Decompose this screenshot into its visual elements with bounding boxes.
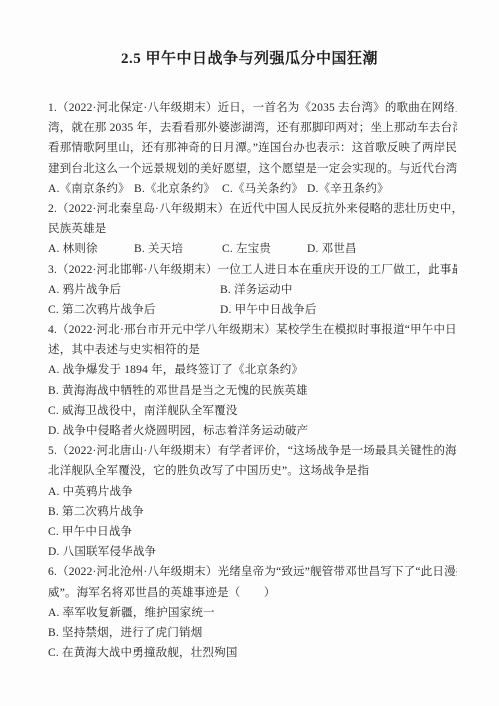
question-1-option-c: C.《马关条约》	[222, 179, 307, 199]
question-3-option-row-2: C. 第二次鸦片战争后 D. 甲午中日战争后	[48, 300, 457, 320]
question-1-option-b: B.《北京条约》	[134, 179, 222, 199]
page-title: 2.5 甲午中日战争与列强瓜分中国狂潮	[0, 48, 499, 70]
question-6-option-b: B. 坚持禁烟，进行了虎门销烟	[48, 623, 457, 643]
question-1-stem-line-1: 1.（2022·河北保定·八年级期末）近日，一首名为《2035 去台湾》的歌曲在…	[48, 98, 457, 118]
question-1: 1.（2022·河北保定·八年级期末）近日，一首名为《2035 去台湾》的歌曲在…	[48, 98, 457, 199]
question-1-stem-line-4: 建到台北这么一个远景规划的美好愿望，这个愿望是一定会实现的。与近代台湾被割让有关…	[48, 159, 457, 179]
question-5-stem-line-2: 北洋舰队全军覆没，它的胜负改写了中国历史”。这场战争是指	[48, 461, 457, 481]
question-6-stem-line-2: 威”。海军名将邓世昌的英雄事迹是（ ）	[48, 583, 457, 603]
exam-document-page: 2.5 甲午中日战争与列强瓜分中国狂潮 1.（2022·河北保定·八年级期末）近…	[0, 0, 499, 706]
question-2-option-d: D. 邓世昌	[307, 239, 457, 259]
question-1-option-row: A.《南京条约》 B.《北京条约》 C.《马关条约》 D.《辛丑条约》	[48, 179, 457, 199]
question-6: 6.（2022·河北沧州·八年级期末）光绪皇帝为“致远”舰管带邓世昌写下了“此日…	[48, 562, 457, 663]
question-2-stem-line-1: 2.（2022·河北秦皇岛·八年级期末）在近代中国人民反抗外来侵略的悲壮历史中，…	[48, 199, 457, 219]
question-6-option-a: A. 率军收复新疆，维护国家统一	[48, 603, 457, 623]
question-3-option-a: A. 鸦片战争后	[48, 280, 220, 300]
question-4-stem-line-1: 4.（2022·河北·邢台市开元中学八年级期末）某校学生在模拟时事报道“甲午中日…	[48, 320, 457, 340]
question-6-stem-line-1: 6.（2022·河北沧州·八年级期末）光绪皇帝为“致远”舰管带邓世昌写下了“此日…	[48, 562, 457, 582]
question-5: 5.（2022·河北唐山·八年级期末）有学者评价，“这场战争是一场最具关键性的海…	[48, 441, 457, 562]
question-2: 2.（2022·河北秦皇岛·八年级期末）在近代中国人民反抗外来侵略的悲壮历史中，…	[48, 199, 457, 260]
question-5-option-a: A. 中英鸦片战争	[48, 482, 457, 502]
question-3-option-b: B. 洋务运动中	[220, 280, 457, 300]
question-3: 3.（2022·河北邯郸·八年级期末）一位工人进日本在重庆开设的工厂做工，此事最…	[48, 260, 457, 321]
question-5-stem-line-1: 5.（2022·河北唐山·八年级期末）有学者评价，“这场战争是一场最具关键性的海…	[48, 441, 457, 461]
question-4-stem-line-2: 述，其中表述与史实相符的是	[48, 340, 457, 360]
question-5-option-d: D. 八国联军侵华战争	[48, 542, 457, 562]
question-4-option-d: D. 战争中侵略者火烧圆明园，标志着洋务运动破产	[48, 421, 457, 441]
question-list: 1.（2022·河北保定·八年级期末）近日，一首名为《2035 去台湾》的歌曲在…	[48, 98, 457, 663]
question-2-stem-line-2: 民族英雄是	[48, 219, 457, 239]
question-1-option-d: D.《辛丑条约》	[307, 179, 457, 199]
question-2-option-row: A. 林则徐 B. 关天培 C. 左宝贵 D. 邓世昌	[48, 239, 457, 259]
question-1-option-a: A.《南京条约》	[48, 179, 134, 199]
question-2-option-a: A. 林则徐	[48, 239, 134, 259]
question-3-option-c: C. 第二次鸦片战争后	[48, 300, 220, 320]
question-4: 4.（2022·河北·邢台市开元中学八年级期末）某校学生在模拟时事报道“甲午中日…	[48, 320, 457, 441]
question-4-option-c: C. 威海卫战役中，南洋舰队全军覆没	[48, 401, 457, 421]
question-4-option-b: B. 黄海海战中牺牲的邓世昌是当之无愧的民族英雄	[48, 381, 457, 401]
question-3-stem-line-1: 3.（2022·河北邯郸·八年级期末）一位工人进日本在重庆开设的工厂做工，此事最…	[48, 260, 457, 280]
question-5-option-c: C. 甲午中日战争	[48, 522, 457, 542]
question-4-option-a: A. 战争爆发于 1894 年，最终签订了《北京条约》	[48, 360, 457, 380]
question-6-option-c: C. 在黄海大战中勇撞敌舰，壮烈殉国	[48, 643, 457, 663]
question-3-option-row-1: A. 鸦片战争后 B. 洋务运动中	[48, 280, 457, 300]
question-2-option-b: B. 关天培	[134, 239, 222, 259]
question-2-option-c: C. 左宝贵	[222, 239, 307, 259]
question-1-stem-line-2: 湾，就在那 2035 年，去看看那外婆澎湖湾，还有那脚印两对；坐上那动车去台湾，…	[48, 118, 457, 138]
question-1-stem-line-3: 看那情歌阿里山，还有那神奇的日月潭。”连国台办也表示：这首歌反映了两岸民众对实现…	[48, 138, 457, 158]
question-5-option-b: B. 第二次鸦片战争	[48, 502, 457, 522]
question-3-option-d: D. 甲午中日战争后	[220, 300, 457, 320]
